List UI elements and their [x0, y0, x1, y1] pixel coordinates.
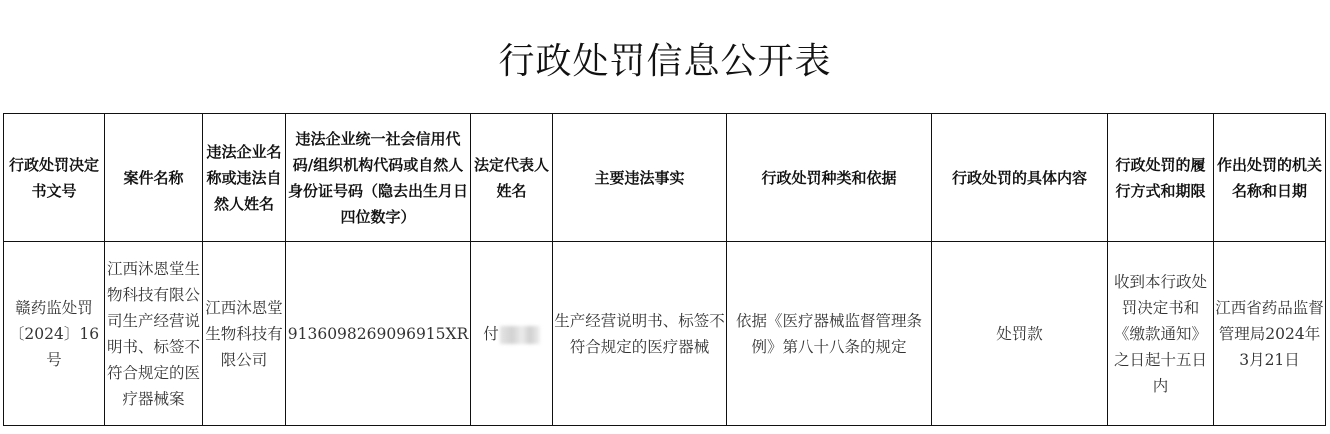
cell-case-name: 江西沐恩堂生物科技有限公司生产经营说明书、标签不符合规定的医疗器械案: [105, 242, 203, 426]
header-penalty-content: 行政处罚的具体内容: [932, 114, 1108, 242]
cell-fulfillment-method: 收到本行政处罚决定书和《缴款通知》之日起十五日内: [1108, 242, 1214, 426]
header-penalty-type-basis: 行政处罚种类和依据: [727, 114, 932, 242]
header-decision-number: 行政处罚决定书文号: [4, 114, 105, 242]
header-credit-code: 违法企业统一社会信用代码/组织机构代码或自然人身份证号码（隐去出生月日四位数字）: [286, 114, 471, 242]
page-title: 行政处罚信息公开表: [0, 38, 1330, 86]
cell-penalty-content: 处罚款: [932, 242, 1108, 426]
header-case-name: 案件名称: [105, 114, 203, 242]
credit-code-value: 9136098269096915XR: [288, 325, 469, 343]
header-authority-date: 作出处罚的机关名称和日期: [1214, 114, 1326, 242]
cell-decision-number: 赣药监处罚〔2024〕16号: [4, 242, 105, 426]
cell-credit-code: 9136098269096915XR: [286, 242, 471, 426]
penalty-info-table: 行政处罚决定书文号 案件名称 违法企业名称或违法自然人姓名 违法企业统一社会信用…: [3, 113, 1326, 426]
header-fulfillment-method: 行政处罚的履行方式和期限: [1108, 114, 1214, 242]
cell-main-facts: 生产经营说明书、标签不符合规定的医疗器械: [553, 242, 727, 426]
cell-legal-representative: 付: [471, 242, 553, 426]
table-row: 赣药监处罚〔2024〕16号 江西沐恩堂生物科技有限公司生产经营说明书、标签不符…: [4, 242, 1326, 426]
cell-authority-date: 江西省药品监督管理局2024年3月21日: [1214, 242, 1326, 426]
header-legal-representative: 法定代表人姓名: [471, 114, 553, 242]
legal-representative-surname: 付: [483, 325, 499, 343]
redacted-name-blur: [500, 326, 540, 344]
table-header-row: 行政处罚决定书文号 案件名称 违法企业名称或违法自然人姓名 违法企业统一社会信用…: [4, 114, 1326, 242]
header-main-facts: 主要违法事实: [553, 114, 727, 242]
header-violator-name: 违法企业名称或违法自然人姓名: [203, 114, 286, 242]
cell-penalty-type-basis: 依据《医疗器械监督管理条例》第八十八条的规定: [727, 242, 932, 426]
cell-violator-name: 江西沐恩堂生物科技有限公司: [203, 242, 286, 426]
